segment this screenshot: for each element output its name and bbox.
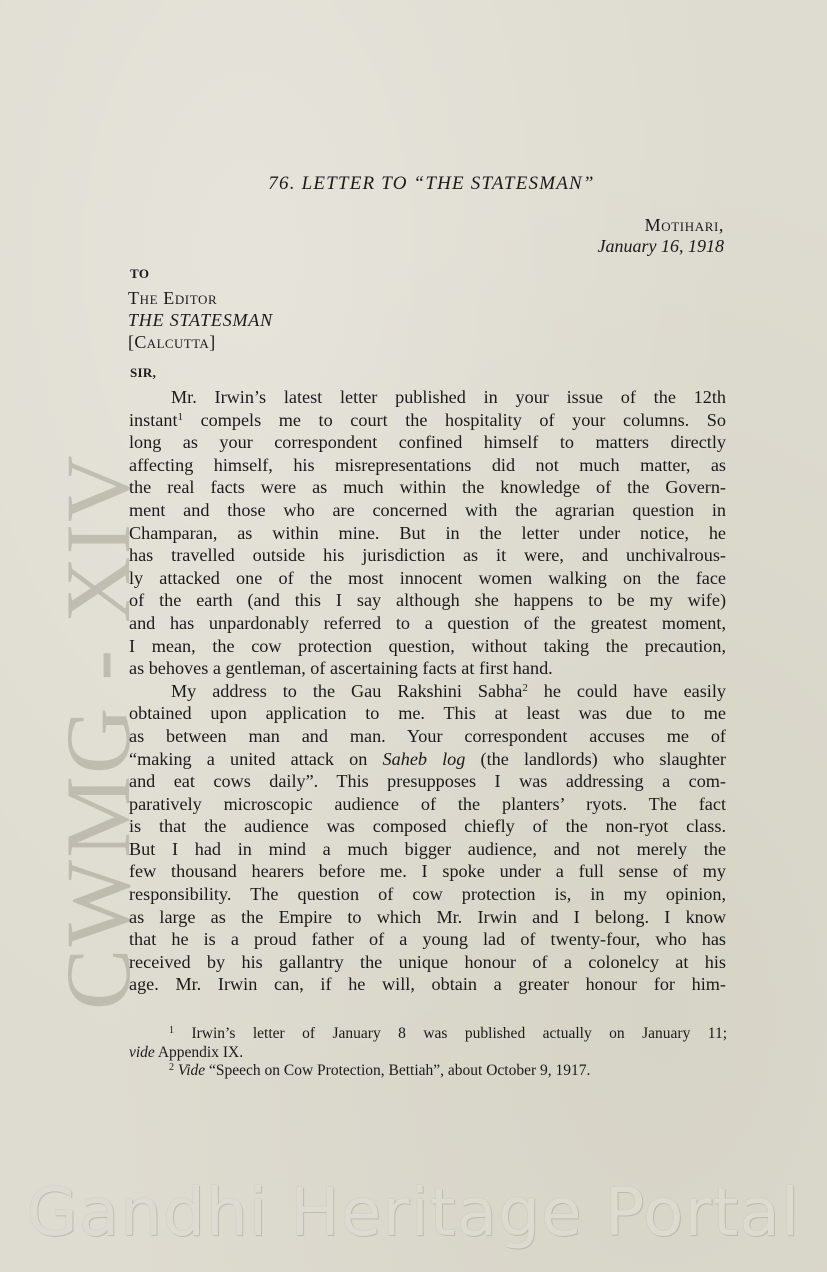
body-line: long as your correspondent confined hims… [129, 431, 726, 454]
body-line: “making a united attack on Saheb log (th… [129, 748, 726, 771]
body-line: that he is a proud father of a young lad… [129, 928, 726, 951]
addressee-line-1: The Editor [128, 287, 217, 309]
letter-place: Motihari, [645, 215, 724, 236]
footnote-2: 2 Vide “Speech on Cow Protection, Bettia… [129, 1062, 727, 1081]
footnote-reference: 1 [178, 411, 184, 423]
body-line: obtained upon application to me. This at… [129, 702, 726, 725]
body-line: is that the audience was composed chiefl… [129, 815, 726, 838]
body-line: Champaran, as within mine. But in the le… [129, 522, 726, 545]
body-line: affecting himself, his misrepresentation… [129, 454, 726, 477]
letter-title: 76. LETTER TO “THE STATESMAN” [0, 173, 827, 195]
body-line: responsibility. The question of cow prot… [129, 883, 726, 906]
body-line: has travelled outside his jurisdiction a… [129, 544, 726, 567]
body-line: of the earth (and this I say although sh… [129, 589, 726, 612]
body-line: as large as the Empire to which Mr. Irwi… [129, 906, 726, 929]
body-line: But I had in mind a much bigger audience… [129, 838, 726, 861]
body-line: ly attacked one of the most innocent wom… [129, 567, 726, 590]
footnote-1-text: Irwin’s letter of January 8 was publishe… [191, 1025, 727, 1042]
body-line: few thousand hearers before me. I spoke … [129, 860, 726, 883]
gandhi-heritage-portal-watermark: Gandhi Heritage Portal [0, 1180, 827, 1246]
body-line: paratively microscopic audience of the p… [129, 793, 726, 816]
document-page: CWMG - XIV 76. LETTER TO “THE STATESMAN”… [0, 0, 827, 1272]
body-line: age. Mr. Irwin can, if he will, obtain a… [129, 973, 726, 996]
body-line: Mr. Irwin’s latest letter published in y… [129, 386, 726, 409]
footnote-1: 1 Irwin’s letter of January 8 was publis… [129, 1025, 727, 1044]
body-line: the real facts were as much within the k… [129, 476, 726, 499]
to-label: TO [130, 266, 150, 282]
body-line: and has unpardonably referred to a quest… [129, 612, 726, 635]
letter-date: January 16, 1918 [598, 236, 724, 257]
footnote-1-number: 1 [169, 1025, 174, 1036]
addressee-line-3: [Calcutta] [128, 331, 216, 353]
footnotes: 1 Irwin’s letter of January 8 was publis… [129, 1025, 727, 1081]
footnote-2-number: 2 [169, 1062, 174, 1073]
footnote-1-vide: vide [129, 1044, 155, 1061]
footnote-2-text: “Speech on Cow Protection, Bettiah”, abo… [205, 1062, 590, 1079]
body-line: received by his gallantry the unique hon… [129, 951, 726, 974]
addressee-line-2: THE STATESMAN [128, 309, 273, 331]
italic-phrase: Saheb log [383, 749, 466, 769]
letter-body: Mr. Irwin’s latest letter published in y… [129, 386, 726, 996]
footnote-1-appendix: Appendix IX. [155, 1044, 243, 1061]
body-line: instant1 compels me to court the hospita… [129, 409, 726, 432]
footnote-2-vide: Vide [178, 1062, 205, 1079]
body-line: ment and those who are concerned with th… [129, 499, 726, 522]
body-line: as behoves a gentleman, of ascertaining … [129, 657, 726, 680]
body-line: as between man and man. Your corresponde… [129, 725, 726, 748]
salutation: SIR, [130, 365, 156, 381]
footnote-1-continuation: vide Appendix IX. [129, 1044, 727, 1063]
body-line: I mean, the cow protection question, wit… [129, 635, 726, 658]
body-line: and eat cows daily”. This presupposes I … [129, 770, 726, 793]
body-line: My address to the Gau Rakshini Sabha2 he… [129, 680, 726, 703]
footnote-reference: 2 [522, 682, 528, 694]
